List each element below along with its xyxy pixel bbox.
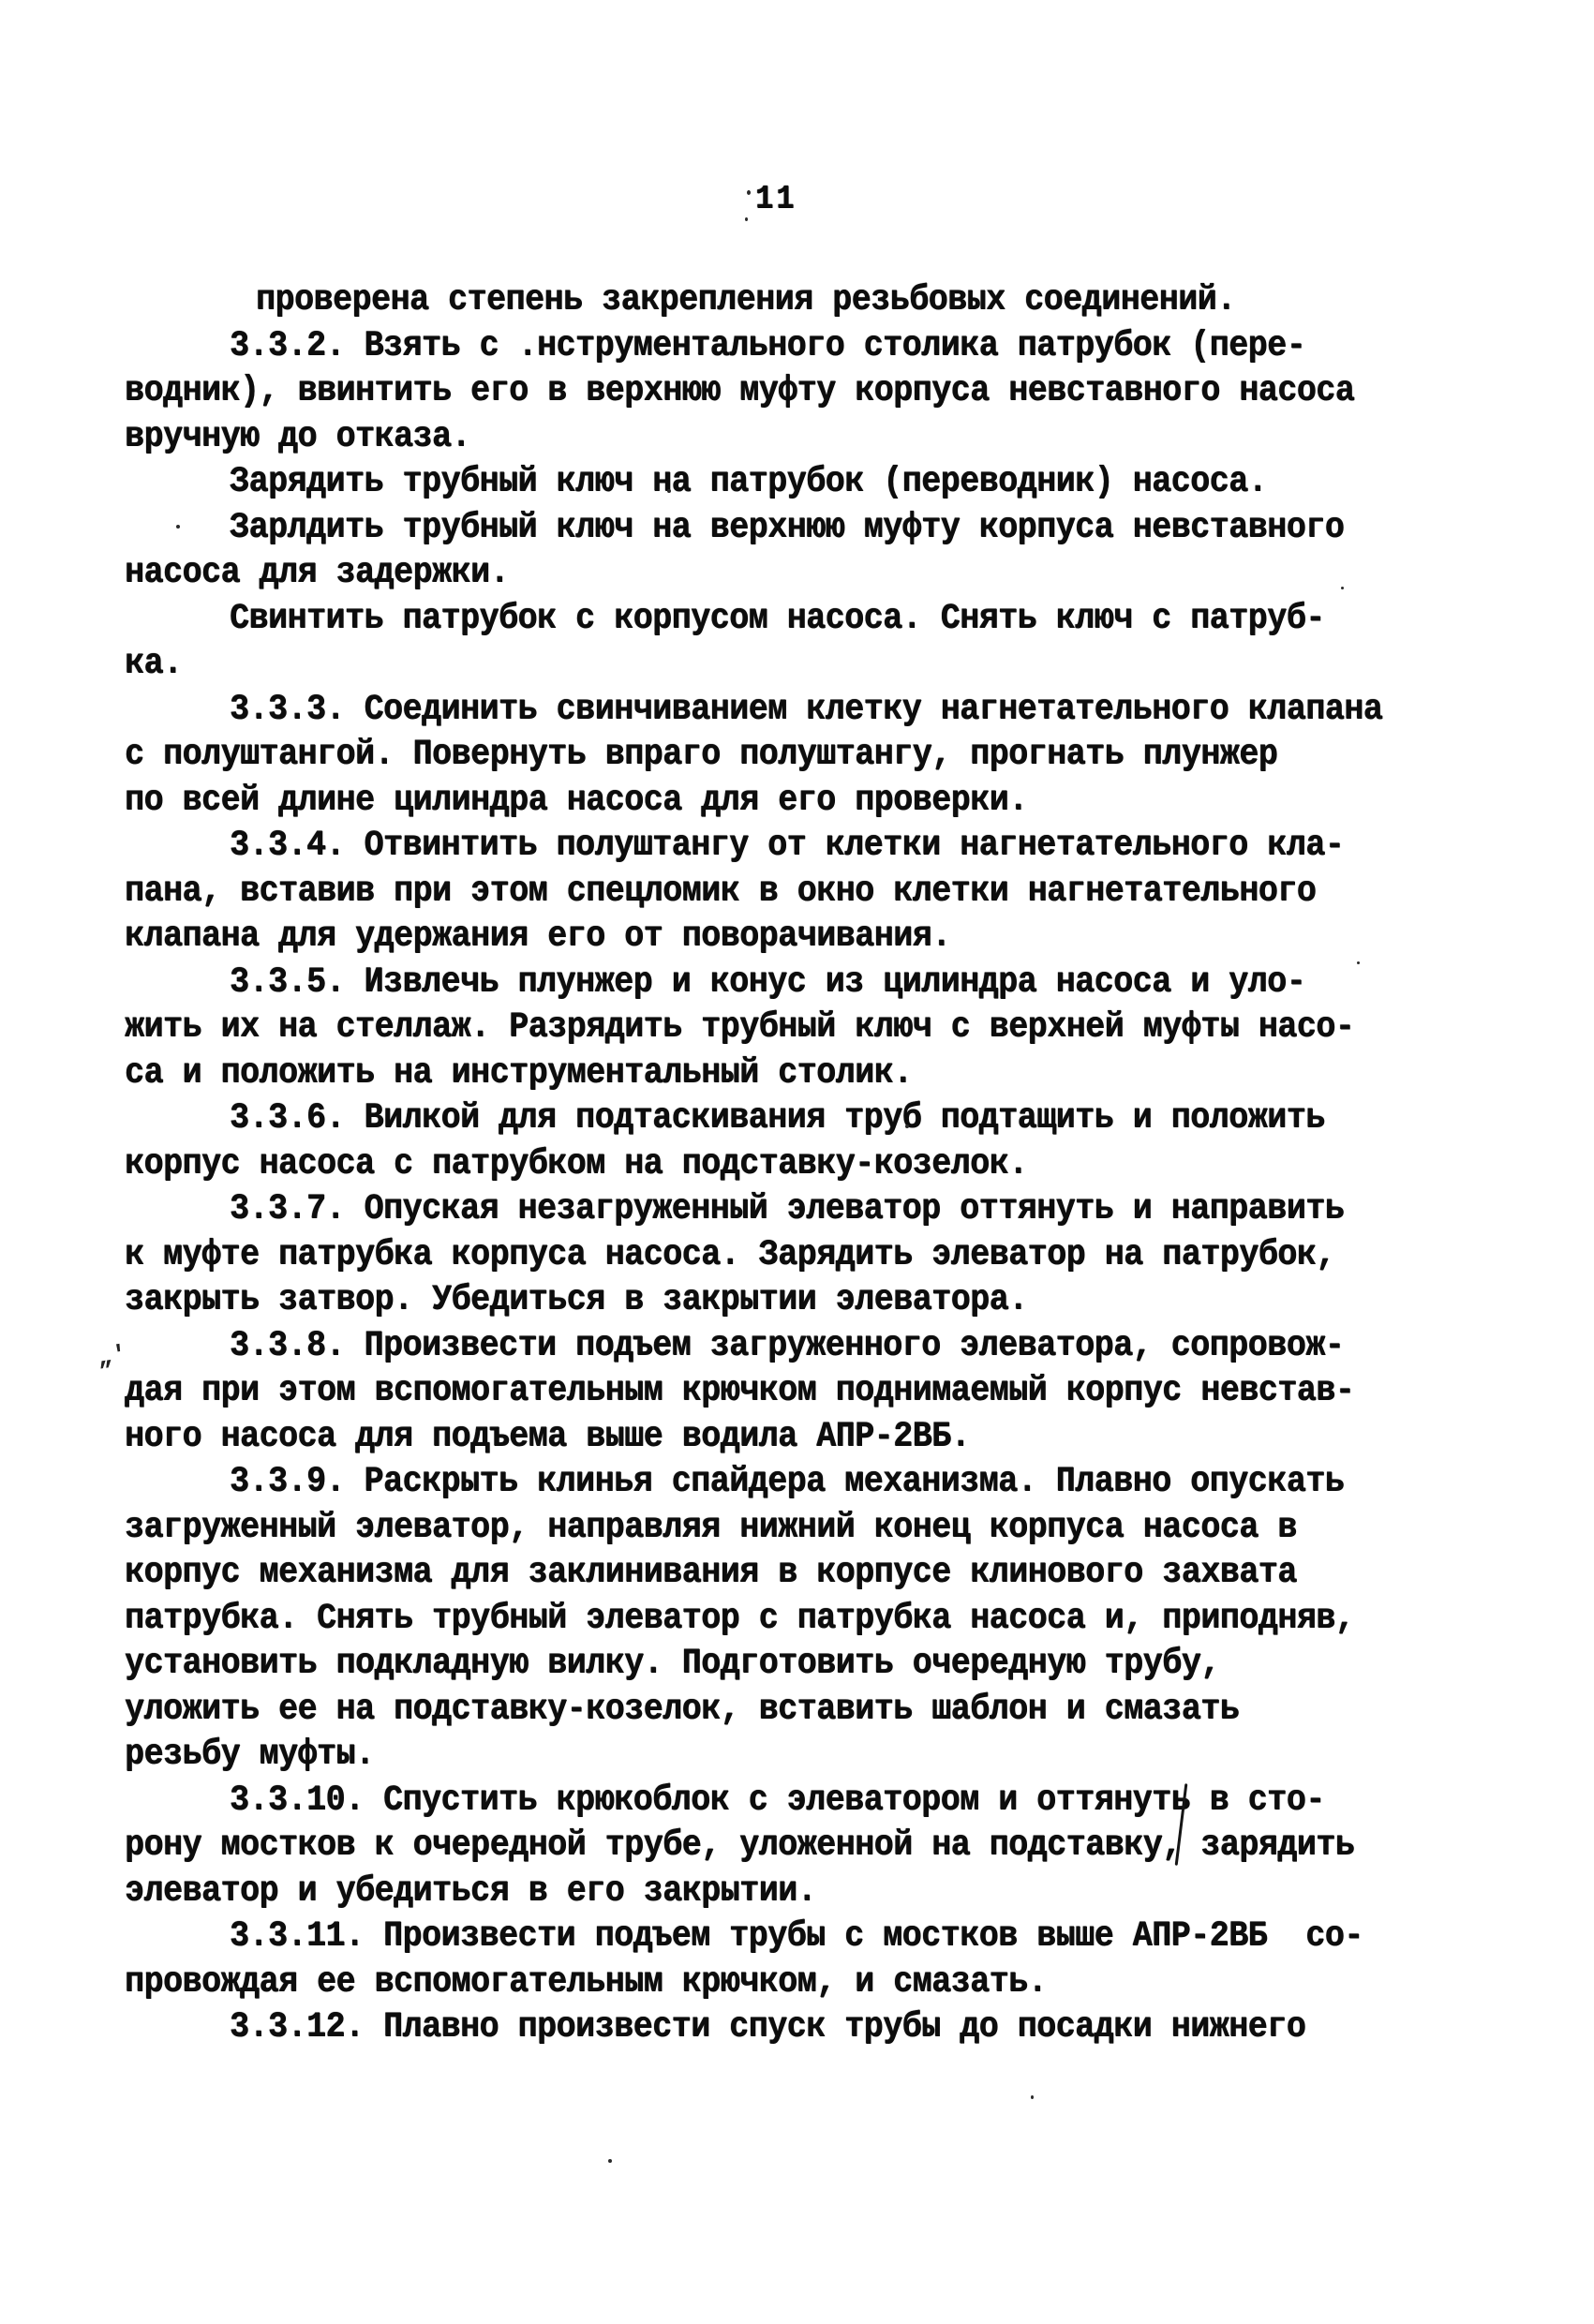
text-line: клапана для удержания его от поворачиван… (125, 912, 1437, 961)
text-line: с полуштангой. Повернуть впраго полуштан… (125, 730, 1437, 779)
text-line: 3.3.11. Произвести подъем трубы с мостко… (125, 1912, 1437, 1960)
text-line: рону мостков к очередной трубе, уложенно… (125, 1821, 1437, 1870)
text-line: Свинтить патрубок с корпусом насоса. Сня… (125, 594, 1437, 643)
text-line: 3.3.10. Спустить крюкоблок с элеватором … (125, 1776, 1437, 1825)
text-line: проверена степень закрепления резьбовых … (125, 276, 1437, 324)
text-line: загруженный элеватор, направляя нижний к… (125, 1503, 1437, 1552)
text-line: корпус насоса с патрубком на подставку-к… (125, 1140, 1437, 1188)
text-line: Зарлдить трубный ключ на верхнюю муфту к… (125, 503, 1437, 552)
scan-speck (667, 489, 671, 493)
scan-speck (905, 1125, 909, 1128)
text-line: ного насоса для подъема выше водила АПР-… (125, 1412, 1437, 1461)
scan-speck (1341, 587, 1344, 589)
text-line: по всей длине цилиндра насоса для его пр… (125, 776, 1437, 825)
scan-speck (608, 2159, 612, 2163)
text-line: са и положить на инструментальный столик… (125, 1049, 1437, 1097)
text-line: ка. (125, 639, 1437, 688)
text-line: к муфте патрубка корпуса насоса. Зарядит… (125, 1230, 1437, 1279)
text-line: 3.3.4. Отвинтить полуштангу от клетки на… (125, 821, 1437, 870)
text-line: патрубка. Снять трубный элеватор с патру… (125, 1594, 1437, 1643)
text-line: вручную до отказа. (125, 412, 1437, 461)
text-line: провождая ее вспомогательным крючком, и … (125, 1958, 1437, 2006)
scan-speck (1031, 2095, 1034, 2099)
margin-pen-mark: „' (96, 1340, 128, 1372)
text-line: 3.3.2. Взять с .нструментального столика… (125, 321, 1437, 370)
text-line: Зарядить трубный ключ на патрубок (перев… (125, 457, 1437, 506)
text-line: 3.3.9. Раскрыть клинья спайдера механизм… (125, 1457, 1437, 1506)
text-line: закрыть затвор. Убедиться в закрытии эле… (125, 1275, 1437, 1324)
text-line: установить подкладную вилку. Подготовить… (125, 1639, 1437, 1688)
text-line: пана, вставив при этом спецломик в окно … (125, 867, 1437, 916)
text-line: насоса для задержки. (125, 548, 1437, 597)
text-line: дая при этом вспомогательным крючком под… (125, 1366, 1437, 1415)
scanned-document-page: 11 проверена степень закрепления резьбов… (0, 0, 1594, 2324)
text-line: 3.3.5. Извлечь плунжер и конус из цилинд… (125, 958, 1437, 1006)
page-number: 11 (755, 180, 797, 218)
body-text: проверена степень закрепления резьбовых … (125, 277, 1437, 2050)
scan-speck (745, 217, 748, 221)
scan-speck (176, 525, 180, 529)
text-line: корпус механизма для заклинивания в корп… (125, 1548, 1437, 1597)
text-line: жить их на стеллаж. Разрядить трубный кл… (125, 1003, 1437, 1051)
text-line: 3.3.8. Произвести подъем загруженного эл… (125, 1321, 1437, 1370)
scan-speck (1357, 961, 1360, 964)
text-line: 3.3.12. Плавно произвести спуск трубы до… (125, 2003, 1437, 2051)
text-line: резьбу муфты. (125, 1730, 1437, 1779)
text-line: водник), ввинтить его в верхнюю муфту ко… (125, 366, 1437, 415)
scan-speck (747, 190, 751, 195)
text-line: элеватор и убедиться в его закрытии. (125, 1867, 1437, 1915)
text-line: 3.3.7. Опуская незагруженный элеватор от… (125, 1184, 1437, 1233)
text-line: уложить ее на подставку-козелок, вставит… (125, 1685, 1437, 1734)
text-line: 3.3.3. Соединить свинчиванием клетку наг… (125, 685, 1437, 734)
text-line: 3.3.6. Вилкой для подтаскивания труб под… (125, 1094, 1437, 1142)
